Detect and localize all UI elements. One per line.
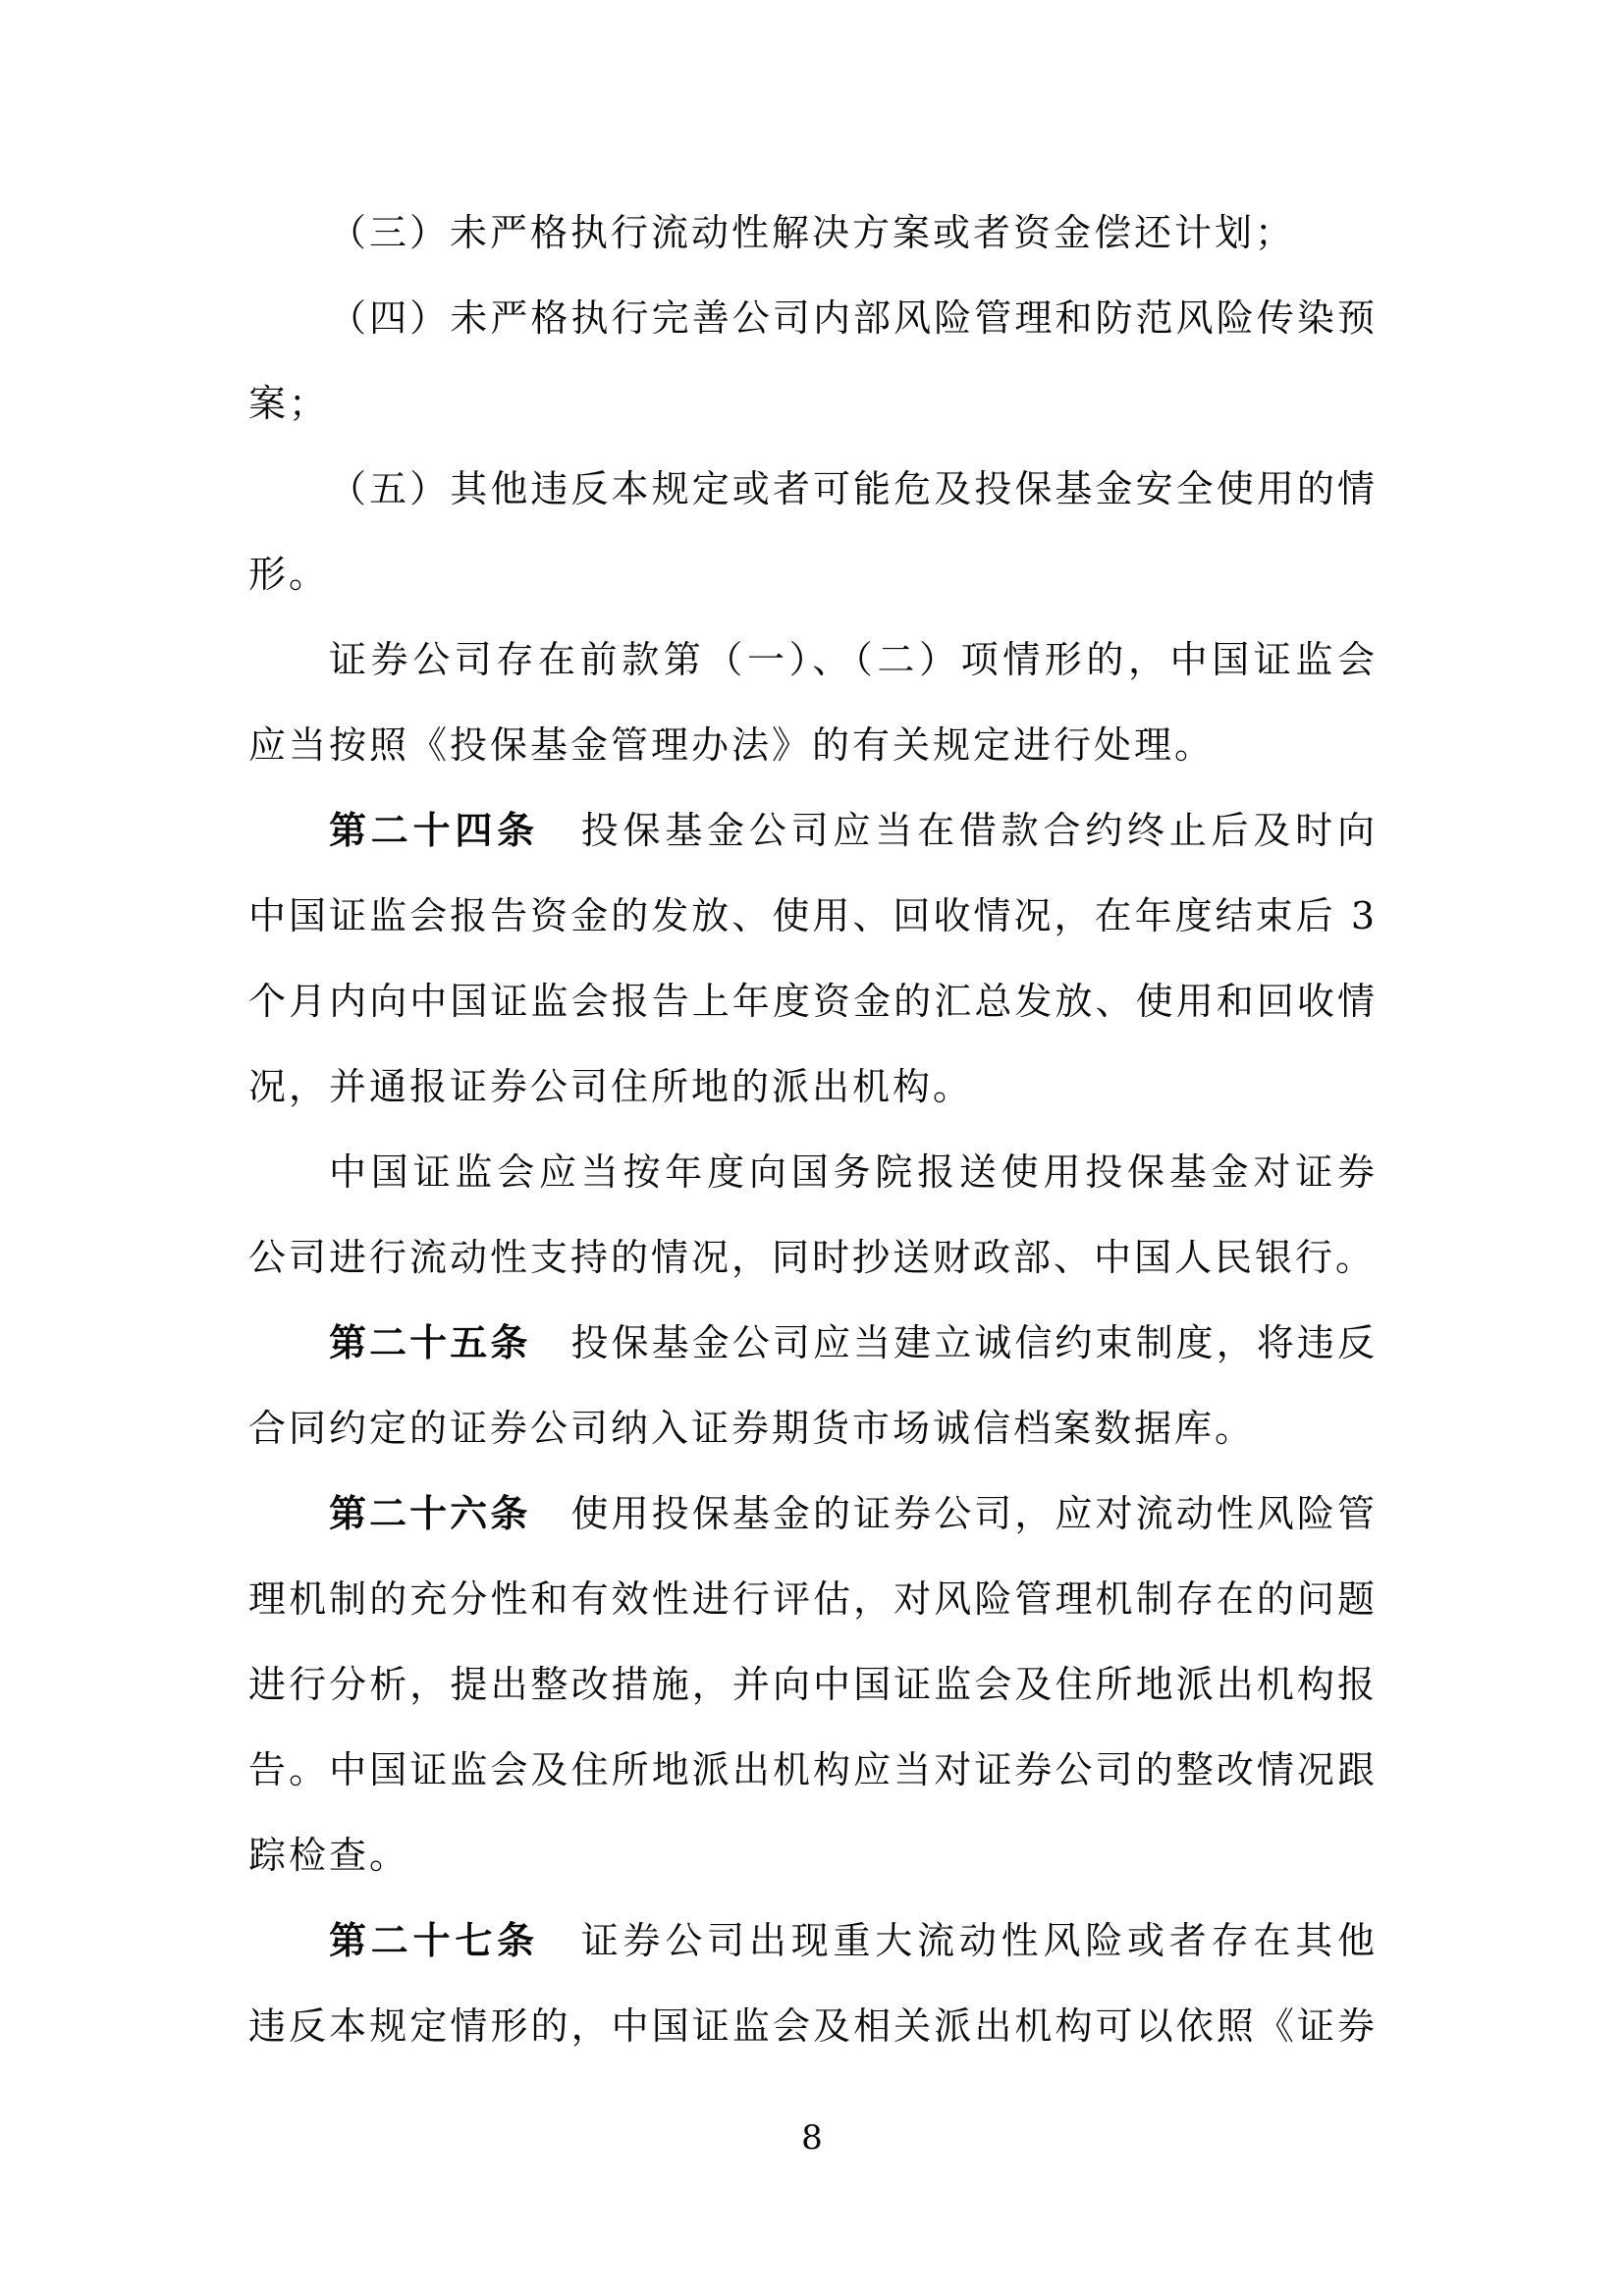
text-line: 况，并通报证券公司住所地的派出机构。	[248, 1044, 1378, 1130]
text-line: 个月内向中国证监会报告上年度资金的汇总发放、使用和回收情	[248, 959, 1378, 1044]
line-text: 告。中国证监会及住所地派出机构应当对证券公司的整改情况跟	[248, 1748, 1378, 1791]
line-text: （三）未严格执行流动性解决方案或者资金偿还计划；	[329, 211, 1295, 254]
text-line: 公司进行流动性支持的情况，同时抄送财政部、中国人民银行。	[248, 1215, 1378, 1301]
line-text: 进行分析，提出整改措施，并向中国证监会及住所地派出机构报	[248, 1663, 1378, 1706]
line-text: 使用投保基金的证券公司，应对流动性风险管	[530, 1492, 1378, 1535]
text-line: 踪检查。	[248, 1813, 1378, 1898]
line-text: 个月内向中国证监会报告上年度资金的汇总发放、使用和回收情	[248, 980, 1378, 1023]
text-line: 理机制的充分性和有效性进行评估，对风险管理机制存在的问题	[248, 1557, 1378, 1642]
text-line: 第二十五条 投保基金公司应当建立诚信约束制度，将违反	[248, 1301, 1378, 1386]
text-line: （五）其他违反本规定或者可能危及投保基金安全使用的情	[248, 447, 1378, 532]
text-line: 合同约定的证券公司纳入证券期货市场诚信档案数据库。	[248, 1386, 1378, 1471]
page-number: 8	[0, 2118, 1624, 2158]
text-line: 告。中国证监会及住所地派出机构应当对证券公司的整改情况跟	[248, 1728, 1378, 1813]
line-text: 违反本规定情形的，中国证监会及相关派出机构可以依照《证券	[248, 2004, 1378, 2048]
line-text: 合同约定的证券公司纳入证券期货市场诚信档案数据库。	[248, 1407, 1255, 1450]
text-line: 中国证监会报告资金的发放、使用、回收情况，在年度结束后 3	[248, 874, 1378, 959]
article-number-label: 第二十六条	[329, 1492, 530, 1535]
line-text: 证券公司出现重大流动性风险或者存在其他	[539, 1919, 1378, 1962]
line-text: 理机制的充分性和有效性进行评估，对风险管理机制存在的问题	[248, 1577, 1378, 1621]
line-text: 踪检查。	[248, 1834, 409, 1877]
text-line: 第二十六条 使用投保基金的证券公司，应对流动性风险管	[248, 1471, 1378, 1557]
text-line: （四）未严格执行完善公司内部风险管理和防范风险传染预	[248, 276, 1378, 361]
text-line: 第二十七条 证券公司出现重大流动性风险或者存在其他	[248, 1898, 1378, 1984]
line-text: 况，并通报证券公司住所地的派出机构。	[248, 1065, 973, 1108]
line-text: 投保基金公司应当在借款合约终止后及时向	[539, 809, 1378, 852]
text-line: 中国证监会应当按年度向国务院报送使用投保基金对证券	[248, 1130, 1378, 1215]
line-text: 中国证监会应当按年度向国务院报送使用投保基金对证券	[329, 1150, 1378, 1194]
line-text: （四）未严格执行完善公司内部风险管理和防范风险传染预	[329, 296, 1378, 340]
document-page: （三）未严格执行流动性解决方案或者资金偿还计划；（四）未严格执行完善公司内部风险…	[0, 0, 1624, 2296]
line-text: 应当按照《投保基金管理办法》的有关规定进行处理。	[248, 723, 1215, 767]
text-line: （三）未严格执行流动性解决方案或者资金偿还计划；	[248, 190, 1378, 276]
article-number-label: 第二十五条	[329, 1321, 530, 1364]
document-body: （三）未严格执行流动性解决方案或者资金偿还计划；（四）未严格执行完善公司内部风险…	[248, 190, 1378, 2069]
text-line: 第二十四条 投保基金公司应当在借款合约终止后及时向	[248, 788, 1378, 874]
line-text: 公司进行流动性支持的情况，同时抄送财政部、中国人民银行。	[248, 1236, 1376, 1279]
line-text: 形。	[248, 553, 329, 596]
text-line: 违反本规定情形的，中国证监会及相关派出机构可以依照《证券	[248, 1984, 1378, 2069]
text-line: 案；	[248, 361, 1378, 447]
line-text: 案；	[248, 382, 329, 425]
article-number-label: 第二十七条	[329, 1919, 539, 1962]
text-line: 证券公司存在前款第（一）、（二）项情形的，中国证监会	[248, 617, 1378, 703]
text-line: 形。	[248, 532, 1378, 617]
text-line: 进行分析，提出整改措施，并向中国证监会及住所地派出机构报	[248, 1642, 1378, 1728]
line-text: 证券公司存在前款第（一）、（二）项情形的，中国证监会	[329, 638, 1378, 681]
line-text: 中国证监会报告资金的发放、使用、回收情况，在年度结束后 3	[248, 894, 1378, 937]
article-number-label: 第二十四条	[329, 809, 539, 852]
line-text: 投保基金公司应当建立诚信约束制度，将违反	[530, 1321, 1378, 1364]
text-line: 应当按照《投保基金管理办法》的有关规定进行处理。	[248, 703, 1378, 788]
line-text: （五）其他违反本规定或者可能危及投保基金安全使用的情	[329, 467, 1378, 510]
